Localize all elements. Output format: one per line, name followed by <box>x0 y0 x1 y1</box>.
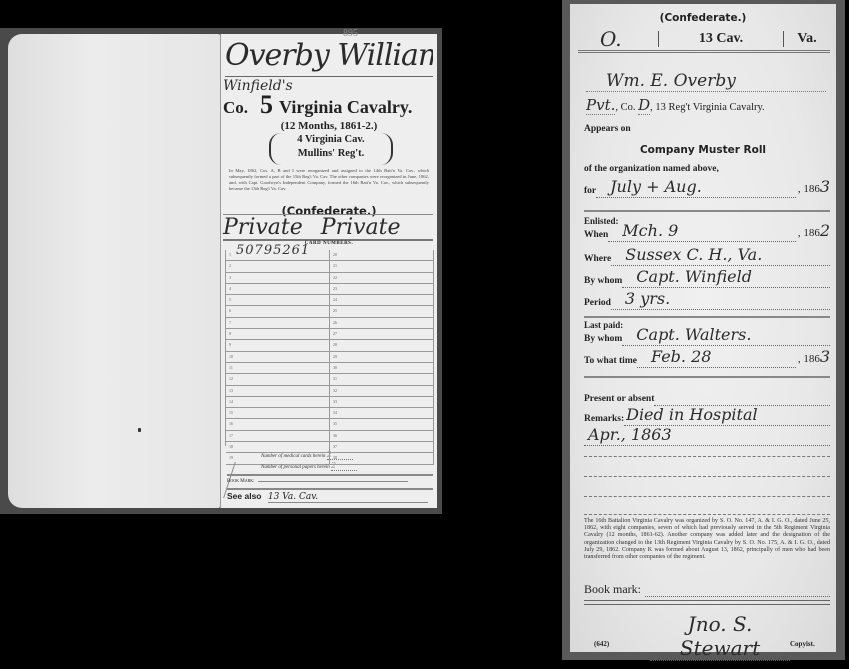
card-number-row: 150795261 <box>226 250 329 261</box>
card-number-row: 36 <box>330 431 433 442</box>
jacket-front-cover: ✓ 895 Overby William E Winfield's Co. 5 … <box>220 34 437 508</box>
book-mark-line <box>645 586 830 597</box>
state: Va. <box>784 31 830 47</box>
card-number-row: 8 <box>226 329 329 340</box>
row-number: 37 <box>333 444 337 449</box>
paper-speck <box>138 428 141 432</box>
book-mark-row: Book mark: <box>584 582 830 597</box>
row-number: 19 <box>229 455 233 460</box>
row-number: 29 <box>333 354 337 359</box>
card-number-value: 50795261 <box>236 246 310 256</box>
regiment-text: , 13 Reg't Virginia Cavalry. <box>650 102 765 113</box>
rank-in: Private <box>223 215 303 240</box>
card-number-row: 15 <box>226 408 329 419</box>
row-number: 2 <box>229 263 231 268</box>
period-field: Period 3 yrs. <box>584 288 830 310</box>
medical-cards-value: 2 <box>327 450 353 460</box>
jacket-back-flap <box>8 34 220 508</box>
card-number-row: 11 <box>226 363 329 374</box>
remarks-field: Remarks: Died in Hospital <box>584 404 830 426</box>
rank-company-row: Pvt., Co. D, 13 Reg't Virginia Cavalry. <box>586 96 830 114</box>
see-also-row: See also 13 Va. Cav. <box>227 491 433 507</box>
card-number-row: 33 <box>330 397 433 408</box>
card-number-row: 3 <box>226 273 329 284</box>
alt-unit-line-1: 4 Virginia Cav. <box>271 133 391 147</box>
to-year-digit: 3 <box>820 347 830 366</box>
separator <box>584 316 830 318</box>
when-year-prefix: , 186 <box>798 227 820 239</box>
to-what-time-value: Feb. 28 <box>637 347 796 368</box>
row-number: 16 <box>229 421 233 426</box>
to-year-prefix: , 186 <box>798 353 820 365</box>
for-value: July + Aug. <box>596 177 796 198</box>
card-number-row: 13 <box>226 386 329 397</box>
blank-line <box>584 514 830 515</box>
medical-cards-label: Number of medical cards herein <box>261 454 325 459</box>
row-number: 8 <box>229 331 231 336</box>
confederate-heading: (Confederate.) <box>570 12 836 24</box>
row-number: 3 <box>229 275 231 280</box>
regiment-name: Virginia Cavalry. <box>279 97 412 117</box>
remarks-line-2-field: Apr., 1863 <box>584 424 830 446</box>
muster-roll-card: (Confederate.) O. 13 Cav. Va. Wm. E. Ove… <box>562 0 845 660</box>
card-number-row: 20 <box>330 250 433 261</box>
card-number-row: 34 <box>330 408 433 419</box>
paid-by-label: By whom <box>584 334 622 346</box>
company-label: Co. <box>223 98 248 117</box>
row-number: 18 <box>229 444 233 449</box>
row-number: 25 <box>333 308 337 313</box>
card-numbers-grid: 1507952612345678910111213141516171819 20… <box>225 250 434 446</box>
enlisted-where-field: Where Sussex C. H., Va. <box>584 244 830 266</box>
row-number: 33 <box>333 399 337 404</box>
row-number: 21 <box>333 263 337 268</box>
to-what-time-field: To what time Feb. 28 , 1863 <box>584 346 830 368</box>
row-number: 12 <box>229 376 233 381</box>
company-value: D <box>638 96 650 115</box>
card-number-row: 9 <box>226 340 329 351</box>
card-number-row: 4 <box>226 284 329 295</box>
book-mark-row: Book Mark: <box>227 474 433 490</box>
card-number-row: 32 <box>330 386 433 397</box>
roll-type: Company Muster Roll <box>570 144 836 156</box>
blank-line <box>584 456 830 457</box>
organization-label: of the organization named above, <box>584 164 719 174</box>
soldier-name: Wm. E. Overby <box>586 70 826 92</box>
card-number-row: 29 <box>330 352 433 363</box>
row-number: 7 <box>229 320 231 325</box>
regiment-number: 5 <box>260 90 273 119</box>
row-number: 14 <box>229 399 233 404</box>
card-number-row: 10 <box>226 352 329 363</box>
card-number-row: 26 <box>330 318 433 329</box>
for-label: for <box>584 186 596 198</box>
see-also-value: 13 Va. Cav. <box>268 492 428 503</box>
regiment-history-note: The 16th Battalion Virginia Cavalry was … <box>584 518 830 561</box>
present-absent-field: Present or absent <box>584 384 830 406</box>
for-year-digit: 3 <box>820 177 830 196</box>
card-number-row: 28 <box>330 340 433 351</box>
row-number: 20 <box>333 252 337 257</box>
row-number: 22 <box>333 275 337 280</box>
row-number: 5 <box>229 297 231 302</box>
form-number: (642) <box>594 640 609 648</box>
enlisted-when-field: When Mch. 9 , 1862 <box>584 220 830 242</box>
card-number-row: 21 <box>330 261 433 272</box>
soldier-name: Overby William E <box>225 36 433 77</box>
book-mark-label: Book Mark: <box>227 479 255 484</box>
row-number: 15 <box>229 410 233 415</box>
row-number: 32 <box>333 388 337 393</box>
separator <box>584 376 830 378</box>
separator <box>584 210 830 212</box>
paid-by-field: By whom Capt. Walters. <box>584 324 830 346</box>
row-number: 30 <box>333 365 337 370</box>
row-number: 11 <box>229 365 233 370</box>
row-number: 23 <box>333 286 337 291</box>
card-numbers-right-column: 20212223242526272829303132333435363738 <box>330 250 434 465</box>
rank-value: Pvt. <box>586 96 615 115</box>
row-number: 9 <box>229 342 231 347</box>
book-mark-line <box>258 481 408 482</box>
card-number-row: 6 <box>226 306 329 317</box>
remarks-line-1: Died in Hospital <box>624 405 830 426</box>
row-number: 6 <box>229 308 231 313</box>
card-number-row: 12 <box>226 374 329 385</box>
double-rule <box>584 600 830 605</box>
alternate-unit-designation: 4 Virginia Cav. Mullins' Reg't. <box>269 133 393 165</box>
unit-history-note: In May, 1862, Cos. A, B and I were reorg… <box>229 168 429 192</box>
medical-cards-count: Number of medical cards herein 2 <box>261 450 431 460</box>
company-label: , Co. <box>615 102 635 113</box>
card-numbers-left-column: 1507952612345678910111213141516171819 <box>226 250 330 465</box>
when-year: , 1862 <box>796 221 830 242</box>
card-paper: (Confederate.) O. 13 Cav. Va. Wm. E. Ove… <box>570 4 836 652</box>
card-number-row: 14 <box>226 397 329 408</box>
row-number: 4 <box>229 286 231 291</box>
personal-papers-count: Number of personal papers herein 2 <box>261 461 431 471</box>
rank-row: Private Private <box>223 214 433 241</box>
personal-papers-value: 2 <box>331 461 357 471</box>
row-number: 36 <box>333 433 337 438</box>
to-year: , 1863 <box>796 347 830 368</box>
for-year: , 1863 <box>796 177 830 198</box>
row-number: 13 <box>229 388 233 393</box>
rank-out: Private <box>321 215 401 240</box>
copyist-label: Copyist. <box>790 640 815 648</box>
when-value: Mch. 9 <box>608 221 796 242</box>
enlisted-by-field: By whom Capt. Winfield <box>584 266 830 288</box>
card-number-row: 7 <box>226 318 329 329</box>
appears-on-label: Appears on <box>584 124 631 134</box>
row-number: 17 <box>229 433 233 438</box>
blank-line <box>584 476 830 477</box>
when-year-digit: 2 <box>820 221 830 240</box>
copyist-signature: Jno. S. Stewart <box>650 612 790 661</box>
card-number-row: 22 <box>330 273 433 284</box>
roll-period-field: for July + Aug. , 1863 <box>584 176 830 198</box>
for-year-prefix: , 186 <box>798 183 820 195</box>
card-number-row: 35 <box>330 419 433 430</box>
row-number: 26 <box>333 320 337 325</box>
row-number: 31 <box>333 376 337 381</box>
card-header-row: O. 13 Cav. Va. <box>578 28 830 53</box>
book-mark-label: Book mark: <box>584 582 641 597</box>
card-number-row: 24 <box>330 295 433 306</box>
row-number: 10 <box>229 354 233 359</box>
when-label: When <box>584 230 608 242</box>
service-term: (12 Months, 1861-2.) <box>221 120 437 132</box>
to-what-time-label: To what time <box>584 356 637 368</box>
card-number-row: 5 <box>226 295 329 306</box>
see-also-label: See also <box>227 491 262 501</box>
blank-line <box>584 496 830 497</box>
remarks-line-2: Apr., 1863 <box>584 425 830 446</box>
personal-papers-label: Number of personal papers herein <box>261 465 330 470</box>
period-label: Period <box>584 298 611 310</box>
company-regiment-row: Co. 5 Virginia Cavalry. <box>223 90 435 116</box>
card-number-row: 30 <box>330 363 433 374</box>
alt-unit-line-2: Mullins' Reg't. <box>271 147 391 161</box>
card-number-row: 17 <box>226 431 329 442</box>
period-value: 3 yrs. <box>611 289 830 310</box>
card-number-row: 25 <box>330 306 433 317</box>
row-number: 34 <box>333 410 337 415</box>
by-whom-value: Capt. Winfield <box>622 267 830 288</box>
unit-designation: 13 Cav. <box>658 31 784 47</box>
row-number: 1 <box>229 252 231 257</box>
card-number-row: 2 <box>226 261 329 272</box>
where-value: Sussex C. H., Va. <box>611 245 830 266</box>
row-number: 35 <box>333 421 337 426</box>
card-number-row: 16 <box>226 419 329 430</box>
row-number: 27 <box>333 331 337 336</box>
surname-initial: O. <box>578 27 658 51</box>
by-whom-label: By whom <box>584 276 622 288</box>
jacket-envelope-card: ✓ 895 Overby William E Winfield's Co. 5 … <box>0 28 442 514</box>
paid-by-value: Capt. Walters. <box>622 325 830 346</box>
card-number-row: 31 <box>330 374 433 385</box>
row-number: 28 <box>333 342 337 347</box>
card-number-row: 23 <box>330 284 433 295</box>
where-label: Where <box>584 254 611 266</box>
row-number: 24 <box>333 297 337 302</box>
card-number-row: 27 <box>330 329 433 340</box>
